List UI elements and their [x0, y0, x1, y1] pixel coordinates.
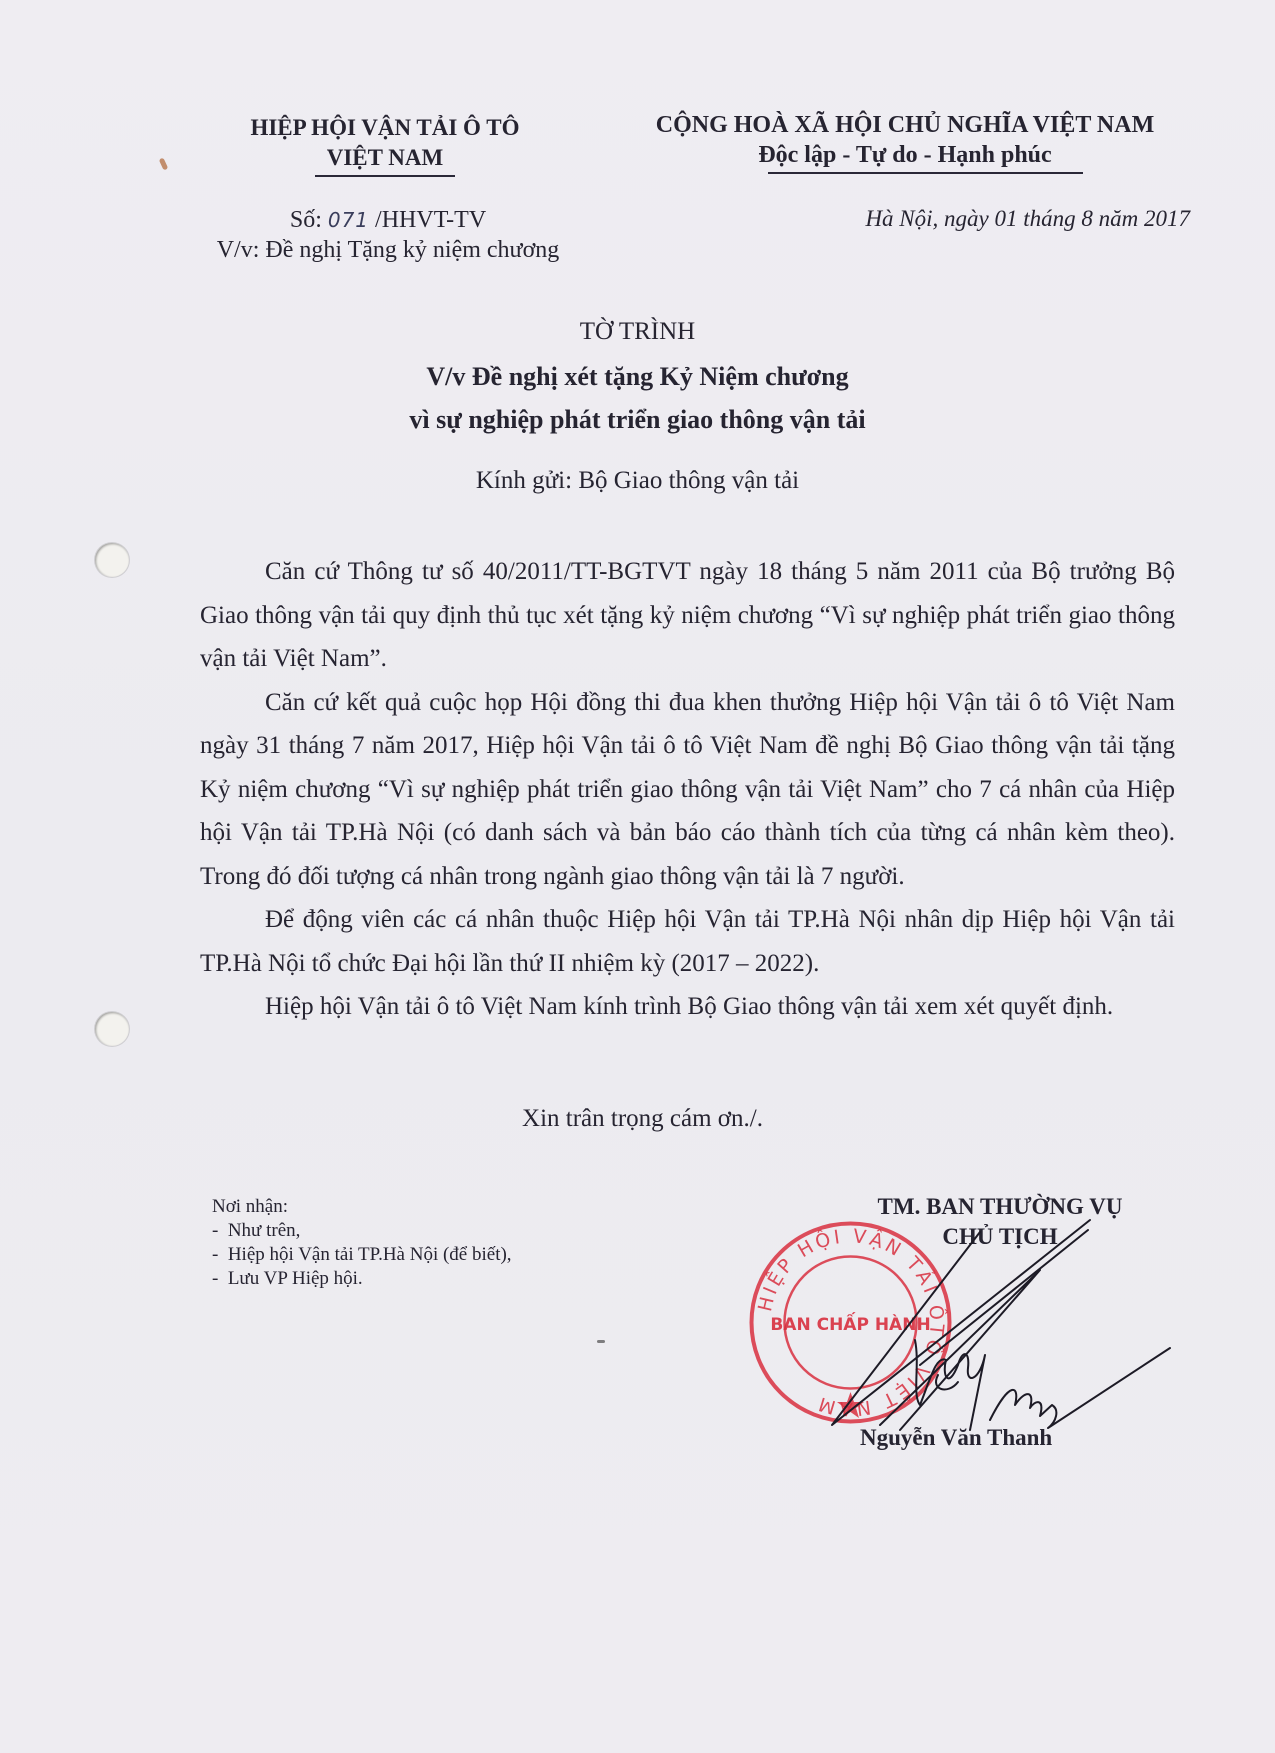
body-paragraph: Để động viên các cá nhân thuộc Hiệp hội …: [200, 898, 1175, 985]
scan-speck: [159, 158, 169, 171]
document-number: Số: 071 /HHVT-TV: [188, 205, 588, 235]
closing-line: Xin trân trọng cám ơn./.: [0, 1105, 1275, 1133]
recipients-label: Nơi nhận:: [212, 1195, 512, 1219]
recipients-block: Nơi nhận: Như trên, Hiệp hội Vận tải TP.…: [212, 1195, 512, 1291]
body-paragraph: Căn cứ Thông tư số 40/2011/TT-BGTVT ngày…: [200, 550, 1175, 681]
document-body: Căn cứ Thông tư số 40/2011/TT-BGTVT ngày…: [200, 550, 1175, 1029]
national-header: CỘNG HOÀ XÃ HỘI CHỦ NGHĨA VIỆT NAM Độc l…: [615, 110, 1195, 174]
handwritten-signature-icon: [820, 1190, 1180, 1450]
recipient-item: Hiệp hội Vận tải TP.Hà Nội (để biết),: [212, 1243, 512, 1267]
document-page: HIỆP HỘI VẬN TẢI Ô TÔ VIỆT NAM CỘNG HOÀ …: [0, 0, 1275, 1753]
document-number-prefix: Số:: [290, 207, 322, 233]
recipients-list: Như trên, Hiệp hội Vận tải TP.Hà Nội (để…: [212, 1219, 512, 1291]
subject-short: V/v: Đề nghị Tặng kỷ niệm chương: [188, 235, 588, 265]
document-number-block: Số: 071 /HHVT-TV V/v: Đề nghị Tặng kỷ ni…: [188, 205, 588, 265]
punch-hole-top: [95, 543, 129, 577]
organization-underline: [315, 175, 455, 177]
motto-underline: [768, 172, 1083, 174]
body-paragraph: Hiệp hội Vận tải ô tô Việt Nam kính trìn…: [200, 985, 1175, 1029]
recipient-item: Như trên,: [212, 1219, 512, 1243]
scan-speck: [597, 1340, 605, 1343]
national-motto: Độc lập - Tự do - Hạnh phúc: [615, 140, 1195, 170]
body-paragraph: Căn cứ kết quả cuộc họp Hội đồng thi đua…: [200, 681, 1175, 899]
organization-name-line1: HIỆP HỘI VẬN TẢI Ô TÔ: [190, 113, 580, 143]
document-subject-line2: vì sự nghiệp phát triển giao thông vận t…: [0, 405, 1275, 435]
document-subject-line1: V/v Đề nghị xét tặng Kỷ Niệm chương: [0, 362, 1275, 392]
document-type-title: TỜ TRÌNH: [0, 318, 1275, 346]
document-number-handwritten: 071: [328, 208, 369, 232]
country-name: CỘNG HOÀ XÃ HỘI CHỦ NGHĨA VIỆT NAM: [615, 110, 1195, 140]
signer-name: Nguyễn Văn Thanh: [860, 1425, 1052, 1451]
punch-hole-bottom: [95, 1012, 129, 1046]
organization-name-line2: VIỆT NAM: [190, 143, 580, 173]
addressee: Kính gửi: Bộ Giao thông vận tải: [0, 467, 1275, 495]
place-date: Hà Nội, ngày 01 tháng 8 năm 2017: [780, 206, 1190, 232]
recipient-item: Lưu VP Hiệp hội.: [212, 1267, 512, 1291]
document-number-suffix: /HHVT-TV: [375, 207, 486, 233]
organization-header: HIỆP HỘI VẬN TẢI Ô TÔ VIỆT NAM: [190, 113, 580, 177]
